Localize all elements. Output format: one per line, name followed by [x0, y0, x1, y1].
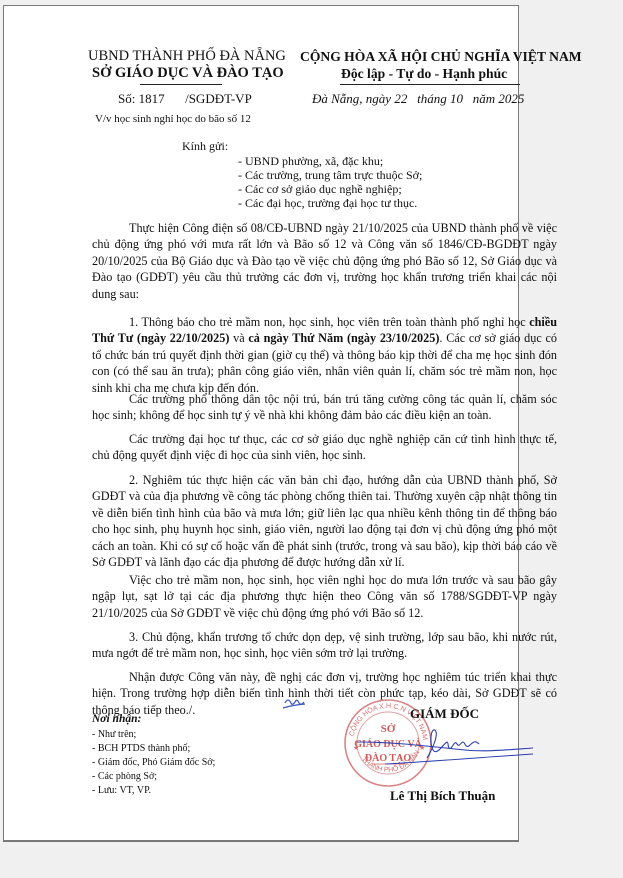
- recipient-item: - Các đại học, trường đại học tư thục.: [238, 196, 417, 211]
- paragraph-text: Các trường phổ thông dân tộc nội trú, bá…: [92, 392, 557, 422]
- recipient-item: - UBND phường, xã, đặc khu;: [238, 154, 383, 169]
- paragraph-text: Nhận được Công văn này, đề nghị các đơn …: [92, 670, 557, 717]
- highlight-date-2: cả ngày Thứ Năm (ngày 23/10/2025): [248, 331, 439, 345]
- paragraph-text: 2. Nghiêm túc thực hiện các văn bản chỉ …: [92, 473, 557, 569]
- body-paragraph-flooding: Việc cho trẻ mầm non, học sinh, học viên…: [92, 572, 557, 621]
- cc-item: - Như trên;: [92, 729, 136, 740]
- paragraph-text: Thực hiện Công điện số 08/CĐ-UBND ngày 2…: [92, 221, 557, 301]
- national-title: CỘNG HÒA XÃ HỘI CHỦ NGHĨA VIỆT NAM: [300, 49, 582, 65]
- paragraph-text: Các trường đại học tư thục, các cơ sở gi…: [92, 432, 557, 462]
- signature-icon: [355, 720, 535, 770]
- recipients-label: Kính gửi:: [182, 139, 228, 154]
- doc-number-label: Số: 1817: [118, 91, 165, 106]
- body-paragraph-boarding: Các trường phổ thông dân tộc nội trú, bá…: [92, 391, 557, 424]
- body-paragraph-1: 1. Thông báo cho trẻ mầm non, học sinh, …: [92, 314, 557, 396]
- cc-item: - BCH PTDS thành phố;: [92, 743, 190, 754]
- cc-item: - Lưu: VT, VP.: [92, 785, 151, 796]
- signer-name: Lê Thị Bích Thuận: [390, 788, 495, 804]
- motto-underline: [340, 84, 520, 85]
- body-paragraph-2: 2. Nghiêm túc thực hiện các văn bản chỉ …: [92, 472, 557, 570]
- doc-number: Số: 1817 /SGDĐT-VP: [118, 91, 252, 107]
- body-paragraph-universities: Các trường đại học tư thục, các cơ sở gi…: [92, 431, 557, 464]
- recipient-item: - Các trường, trung tâm trực thuộc Sở;: [238, 168, 422, 183]
- paragraph-text: 3. Chủ động, khẩn trương tổ chức dọn dẹp…: [92, 630, 557, 660]
- cc-item: - Giám đốc, Phó Giám đốc Sở;: [92, 757, 215, 768]
- cc-label: Nơi nhận:: [92, 713, 141, 725]
- body-paragraph-closing: Nhận được Công văn này, đề nghị các đơn …: [92, 669, 557, 718]
- agency-name: SỞ GIÁO DỤC VÀ ĐÀO TẠO: [92, 65, 284, 82]
- recipient-item: - Các cơ sở giáo dục nghề nghiệp;: [238, 182, 402, 197]
- paragraph-text: 1. Thông báo cho trẻ mầm non, học sinh, …: [129, 315, 529, 329]
- national-motto: Độc lập - Tự do - Hạnh phúc: [341, 66, 507, 82]
- body-paragraph-3: 3. Chủ động, khẩn trương tổ chức dọn dẹp…: [92, 629, 557, 662]
- body-paragraph-intro: Thực hiện Công điện số 08/CĐ-UBND ngày 2…: [92, 220, 557, 302]
- cc-item: - Các phòng Sở;: [92, 771, 157, 782]
- doc-date: Đà Nẵng, ngày 22 tháng 10 năm 2025: [312, 91, 524, 107]
- paragraph-text: Việc cho trẻ mầm non, học sinh, học viên…: [92, 573, 557, 620]
- initials-mark-icon: [282, 695, 308, 711]
- doc-subject: V/v học sinh nghỉ học do bão số 12: [95, 113, 251, 125]
- agency-parent: UBND THÀNH PHỐ ĐÀ NẴNG: [88, 48, 286, 65]
- paragraph-text: và: [229, 331, 248, 345]
- doc-number-suffix: /SGDĐT-VP: [185, 91, 252, 106]
- agency-underline: [140, 84, 222, 85]
